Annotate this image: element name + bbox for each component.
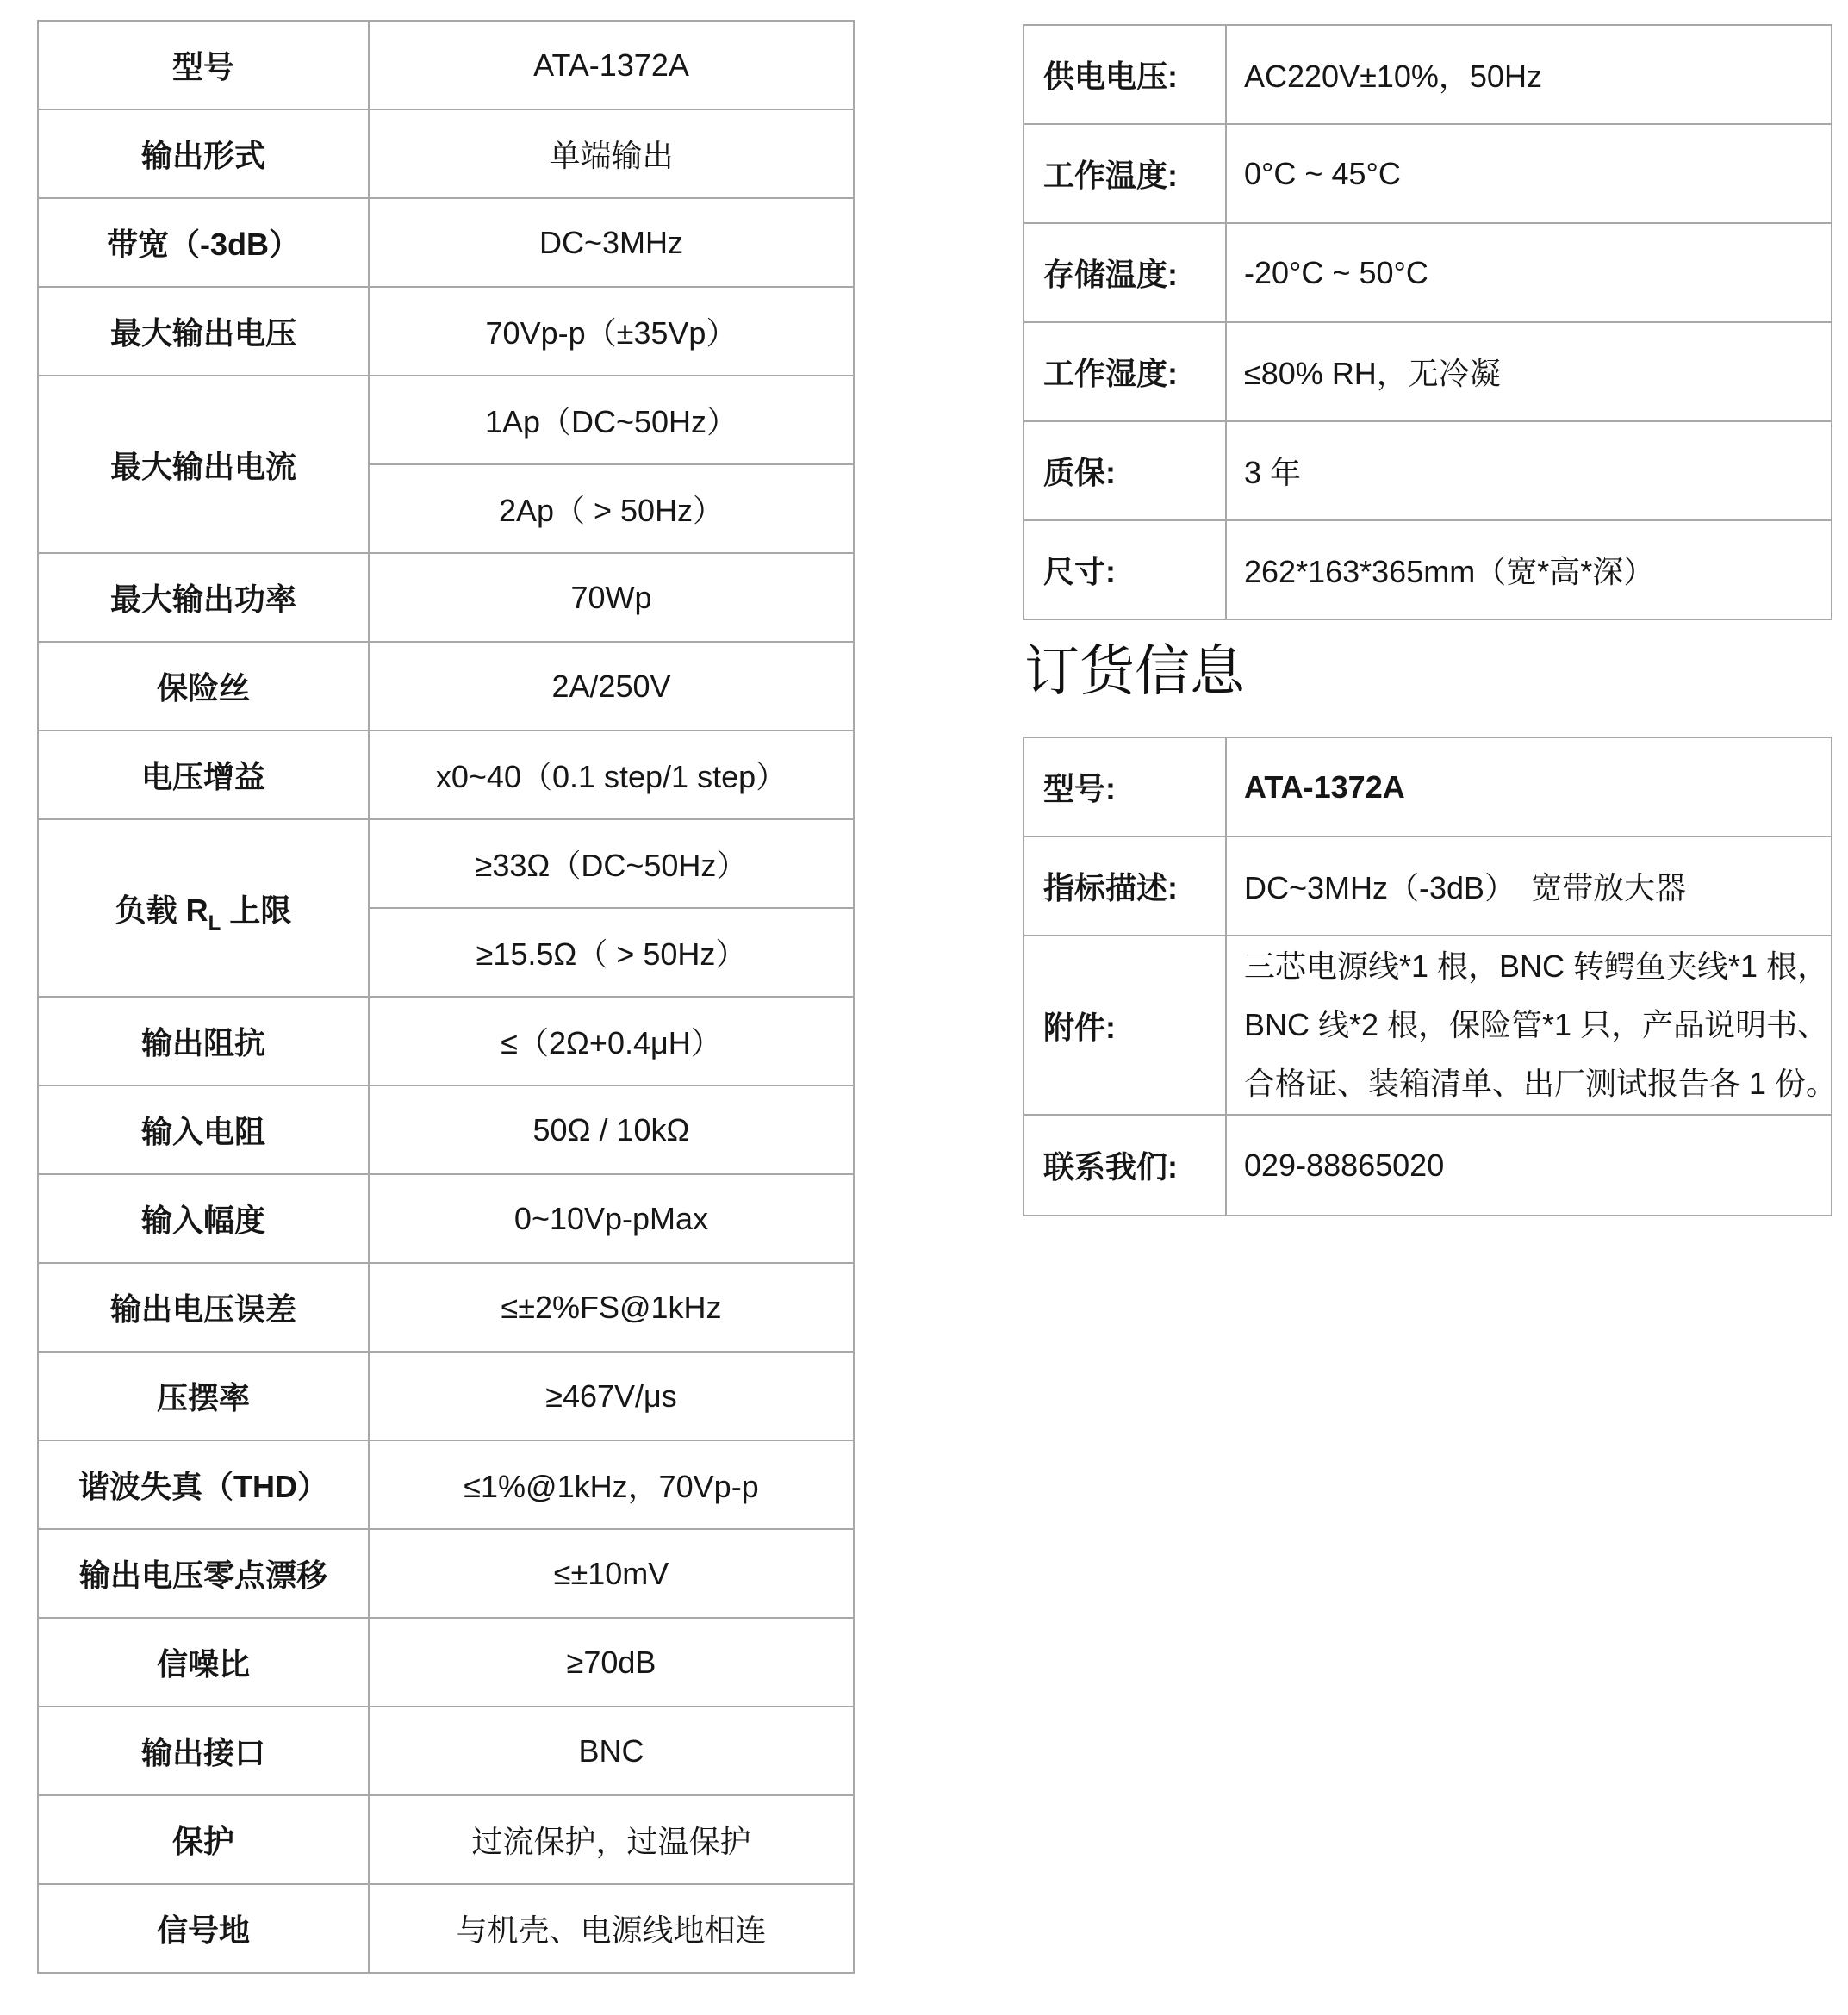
order-accessories-value: 三芯电源线*1 根，BNC 转鳄鱼夹线*1 根， BNC 线*2 根，保险管*1… [1226,936,1832,1115]
spec-sheet-page: 型号 ATA-1372A 输出形式 单端输出 带宽（-3dB） DC~3MHz … [0,0,1848,2015]
table-row: 工作温度: 0°C ~ 45°C [1024,124,1832,223]
load-rl-label-prefix: 负载 R [115,892,208,928]
table-row: 信号地 与机壳、电源线地相连 [38,1884,854,1973]
env-value: ≤80% RH，无冷凝 [1226,322,1832,421]
spec-value: 2A/250V [369,642,854,731]
table-row: 供电电压: AC220V±10%，50Hz [1024,25,1832,124]
table-row: 带宽（-3dB） DC~3MHz [38,198,854,287]
specifications-table: 型号 ATA-1372A 输出形式 单端输出 带宽（-3dB） DC~3MHz … [37,20,855,1974]
spec-label: 输出电压误差 [38,1263,369,1352]
table-row: 型号 ATA-1372A [38,21,854,109]
spec-value: 0~10Vp-pMax [369,1174,854,1263]
accessories-line: BNC 线*2 根，保险管*1 只，产品说明书、 [1244,996,1830,1054]
env-value: 262*163*365mm（宽*高*深） [1226,520,1832,619]
spec-value: ≥467V/μs [369,1352,854,1440]
spec-value: x0~40（0.1 step/1 step） [369,731,854,819]
spec-label: 保护 [38,1795,369,1884]
spec-label: 输入电阻 [38,1085,369,1174]
accessories-line: 三芯电源线*1 根，BNC 转鳄鱼夹线*1 根， [1244,937,1830,996]
spec-value: ≥33Ω（DC~50Hz） [369,819,854,908]
load-rl-subscript: L [208,911,221,935]
load-rl-label-suffix: 上限 [221,892,291,928]
table-row: 输出电压误差 ≤±2%FS@1kHz [38,1263,854,1352]
table-row: 负载 RL 上限 ≥33Ω（DC~50Hz） [38,819,854,908]
table-row: 信噪比 ≥70dB [38,1618,854,1707]
spec-label: 保险丝 [38,642,369,731]
table-row: 存储温度: -20°C ~ 50°C [1024,223,1832,322]
spec-label: 输出阻抗 [38,997,369,1085]
spec-label: 最大输出功率 [38,553,369,642]
env-value: 0°C ~ 45°C [1226,124,1832,223]
table-row: 保险丝 2A/250V [38,642,854,731]
env-value: 3 年 [1226,421,1832,520]
table-row: 附件: 三芯电源线*1 根，BNC 转鳄鱼夹线*1 根， BNC 线*2 根，保… [1024,936,1832,1115]
env-label: 工作湿度: [1024,322,1226,421]
table-row: 输入电阻 50Ω / 10kΩ [38,1085,854,1174]
spec-value: 与机壳、电源线地相连 [369,1884,854,1973]
table-row: 最大输出功率 70Wp [38,553,854,642]
env-label: 质保: [1024,421,1226,520]
spec-label: 输出接口 [38,1707,369,1795]
spec-label: 最大输出电压 [38,287,369,376]
table-row: 质保: 3 年 [1024,421,1832,520]
spec-value: 2Ap（ > 50Hz） [369,464,854,553]
env-label: 工作温度: [1024,124,1226,223]
spec-value: ≥15.5Ω（ > 50Hz） [369,908,854,997]
spec-label: 最大输出电流 [38,376,369,553]
spec-value: 70Wp [369,553,854,642]
order-contact-value: 029-88865020 [1226,1115,1832,1216]
table-row: 指标描述: DC~3MHz（-3dB） 宽带放大器 [1024,836,1832,936]
spec-value: ≤±10mV [369,1529,854,1618]
spec-label: 输出形式 [38,109,369,198]
spec-value: ≤±2%FS@1kHz [369,1263,854,1352]
env-label: 供电电压: [1024,25,1226,124]
spec-label: 电压增益 [38,731,369,819]
spec-label: 型号 [38,21,369,109]
table-row: 最大输出电流 1Ap（DC~50Hz） [38,376,854,464]
table-row: 输出接口 BNC [38,1707,854,1795]
spec-value: 70Vp-p（±35Vp） [369,287,854,376]
spec-label: 负载 RL 上限 [38,819,369,997]
table-row: 压摆率 ≥467V/μs [38,1352,854,1440]
spec-value: BNC [369,1707,854,1795]
table-row: 输入幅度 0~10Vp-pMax [38,1174,854,1263]
spec-value: 50Ω / 10kΩ [369,1085,854,1174]
environment-table: 供电电压: AC220V±10%，50Hz 工作温度: 0°C ~ 45°C 存… [1023,24,1832,620]
ordering-info-table: 型号: ATA-1372A 指标描述: DC~3MHz（-3dB） 宽带放大器 … [1023,737,1832,1216]
table-row: 尺寸: 262*163*365mm（宽*高*深） [1024,520,1832,619]
order-contact-label: 联系我们: [1024,1115,1226,1216]
env-value: AC220V±10%，50Hz [1226,25,1832,124]
table-row: 输出电压零点漂移 ≤±10mV [38,1529,854,1618]
env-label: 尺寸: [1024,520,1226,619]
spec-label: 谐波失真（THD） [38,1440,369,1529]
table-row: 保护 过流保护，过温保护 [38,1795,854,1884]
table-row: 输出形式 单端输出 [38,109,854,198]
spec-label: 信号地 [38,1884,369,1973]
env-value: -20°C ~ 50°C [1226,223,1832,322]
spec-value: ≤1%@1kHz，70Vp-p [369,1440,854,1529]
spec-value: ≤（2Ω+0.4μH） [369,997,854,1085]
table-row: 最大输出电压 70Vp-p（±35Vp） [38,287,854,376]
table-row: 型号: ATA-1372A [1024,737,1832,836]
table-row: 电压增益 x0~40（0.1 step/1 step） [38,731,854,819]
spec-label: 输出电压零点漂移 [38,1529,369,1618]
spec-label: 压摆率 [38,1352,369,1440]
spec-label: 信噪比 [38,1618,369,1707]
env-label: 存储温度: [1024,223,1226,322]
spec-value: 1Ap（DC~50Hz） [369,376,854,464]
spec-value: DC~3MHz [369,198,854,287]
spec-value: ATA-1372A [369,21,854,109]
order-description-value: DC~3MHz（-3dB） 宽带放大器 [1226,836,1832,936]
spec-value: 过流保护，过温保护 [369,1795,854,1884]
order-model-value: ATA-1372A [1226,737,1832,836]
order-description-label: 指标描述: [1024,836,1226,936]
table-row: 谐波失真（THD） ≤1%@1kHz，70Vp-p [38,1440,854,1529]
spec-value: 单端输出 [369,109,854,198]
spec-label: 带宽（-3dB） [38,198,369,287]
table-row: 联系我们: 029-88865020 [1024,1115,1832,1216]
table-row: 输出阻抗 ≤（2Ω+0.4μH） [38,997,854,1085]
spec-value: ≥70dB [369,1618,854,1707]
spec-label: 输入幅度 [38,1174,369,1263]
order-accessories-label: 附件: [1024,936,1226,1115]
ordering-info-title: 订货信息 [1024,640,1245,704]
order-model-label: 型号: [1024,737,1226,836]
table-row: 工作湿度: ≤80% RH，无冷凝 [1024,322,1832,421]
accessories-line: 合格证、装箱清单、出厂测试报告各 1 份。 [1244,1054,1830,1113]
